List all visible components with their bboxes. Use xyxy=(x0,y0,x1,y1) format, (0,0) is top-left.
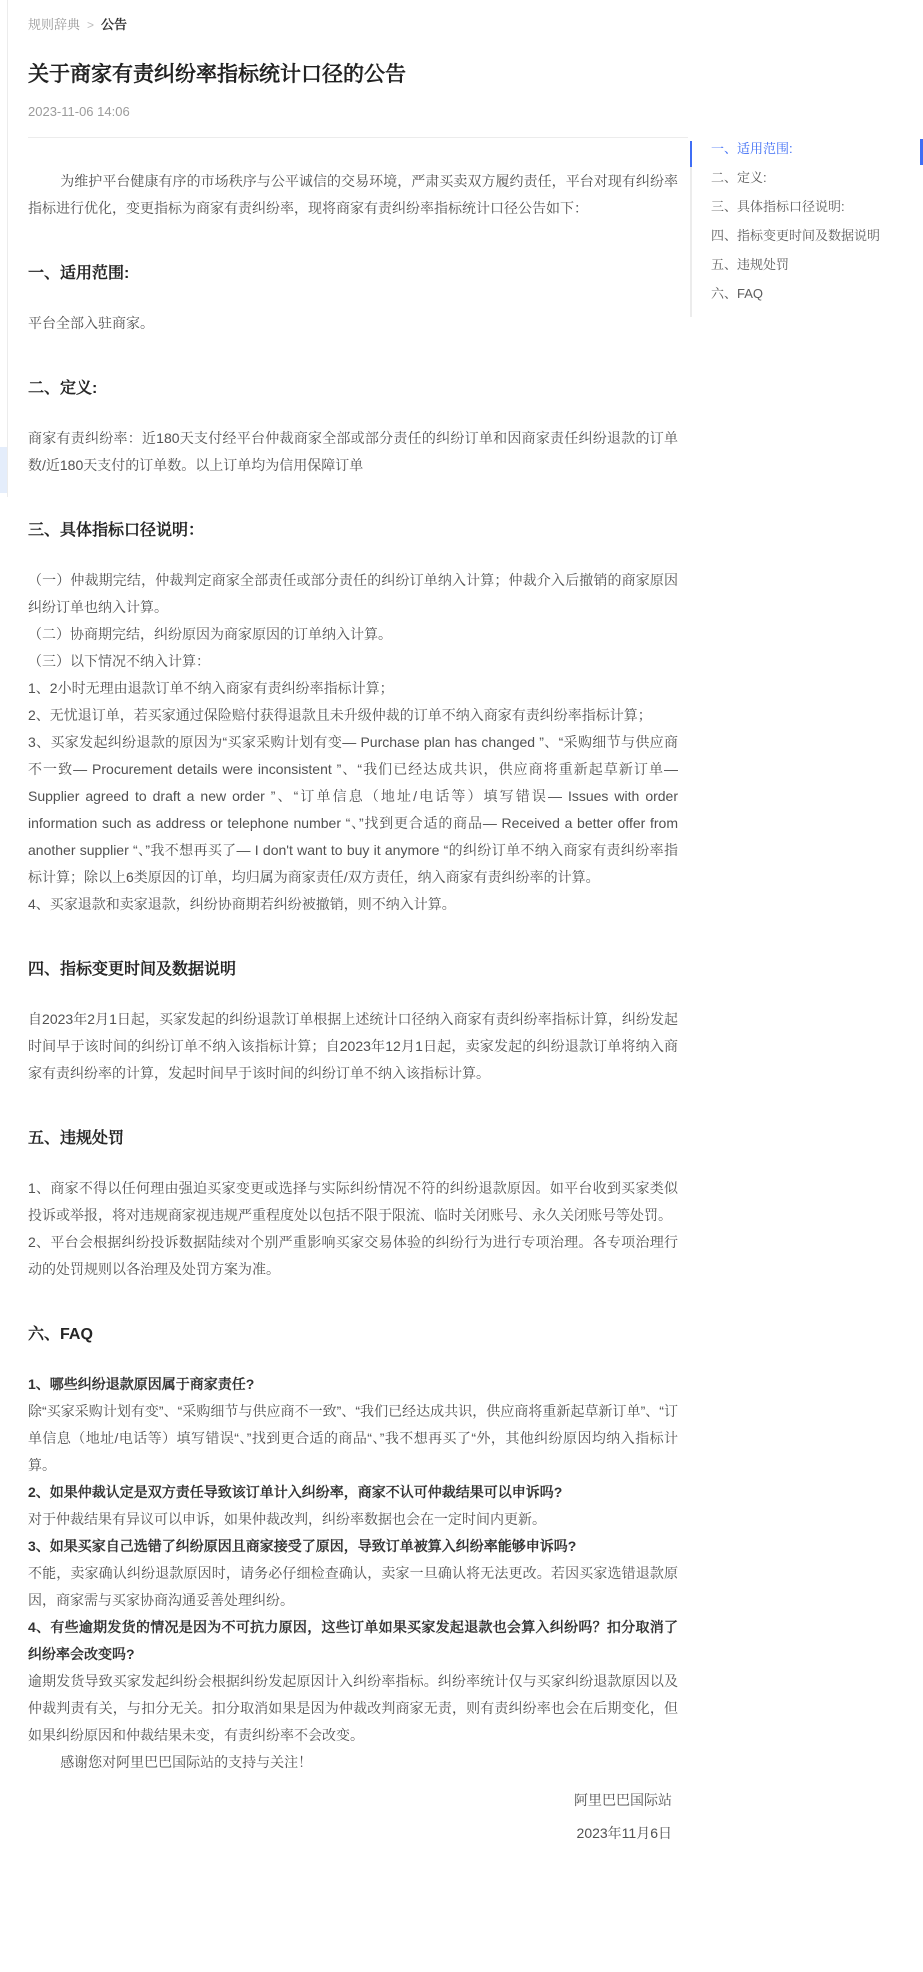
faq-question: 1、哪些纠纷退款原因属于商家责任? xyxy=(28,1371,678,1398)
faq-question: 2、如果仲裁认定是双方责任导致该订单计入纠纷率，商家不认可仲裁结果可以申诉吗? xyxy=(28,1479,678,1506)
section-heading-faq: 六、FAQ xyxy=(28,1323,678,1347)
faq-answer: 对于仲裁结果有异议可以申诉，如果仲裁改判，纠纷率数据也会在一定时间内更新。 xyxy=(28,1506,678,1533)
breadcrumb-rules-dictionary[interactable]: 规则辞典 xyxy=(28,17,80,32)
section-paragraph: 1、2小时无理由退款订单不纳入商家有责纠纷率指标计算； xyxy=(28,675,678,702)
section-heading-definition: 二、定义: xyxy=(28,377,678,401)
announcement-page: 规则辞典>公告 关于商家有责纠纷率指标统计口径的公告 2023-11-06 14… xyxy=(0,0,923,1972)
toc-item-change-time[interactable]: 四、指标变更时间及数据说明 xyxy=(690,227,916,244)
section-heading-scope: 一、适用范围: xyxy=(28,262,678,286)
toc-item-definition[interactable]: 二、定义: xyxy=(690,169,916,186)
section-heading-indicator-caliber: 三、具体指标口径说明： xyxy=(28,519,678,543)
page-title: 关于商家有责纠纷率指标统计口径的公告 xyxy=(28,61,923,89)
breadcrumb: 规则辞典>公告 xyxy=(0,0,923,34)
signature-org: 阿里巴巴国际站 xyxy=(28,1784,672,1817)
left-panel-edge xyxy=(7,0,8,497)
faq-answer: 不能，卖家确认纠纷退款原因时，请务必仔细检查确认，卖家一旦确认将无法更改。若因买… xyxy=(28,1560,678,1614)
publish-date: 2023-11-06 14:06 xyxy=(28,104,923,119)
article-body: 为维护平台健康有序的市场秩序与公平诚信的交易环境，严肃买卖双方履约责任，平台对现… xyxy=(28,138,678,1870)
breadcrumb-separator-icon: > xyxy=(87,18,94,32)
section-paragraph: 2、平台会根据纠纷投诉数据陆续对个别严重影响买家交易体验的纠纷行为进行专项治理。… xyxy=(28,1229,678,1283)
signature-block: 阿里巴巴国际站 2023年11月6日 xyxy=(28,1784,678,1850)
intro-paragraph: 为维护平台健康有序的市场秩序与公平诚信的交易环境，严肃买卖双方履约责任，平台对现… xyxy=(28,168,678,222)
faq-question: 4、有些逾期发货的情况是因为不可抗力原因，这些订单如果买家发起退款也会算入纠纷吗… xyxy=(28,1614,678,1668)
left-panel-fragment xyxy=(0,447,7,493)
breadcrumb-announcement: 公告 xyxy=(101,17,127,32)
section-paragraph: （一）仲裁期完结，仲裁判定商家全部责任或部分责任的纠纷订单纳入计算；仲裁介入后撤… xyxy=(28,567,678,621)
section-paragraph: 3、买家发起纠纷退款的原因为“买家采购计划有变— Purchase plan h… xyxy=(28,729,678,891)
faq-answer: 除“买家采购计划有变”、“采购细节与供应商不一致”、“我们已经达成共识，供应商将… xyxy=(28,1398,678,1479)
section-paragraph: （三）以下情况不纳入计算： xyxy=(28,648,678,675)
toc: 一、适用范围: 二、定义: 三、具体指标口径说明: 四、指标变更时间及数据说明 … xyxy=(690,140,916,314)
toc-rail xyxy=(690,141,692,317)
section-paragraph: 自2023年2月1日起，买家发起的纠纷退款订单根据上述统计口径纳入商家有责纠纷率… xyxy=(28,1006,678,1087)
toc-item-indicator-caliber[interactable]: 三、具体指标口径说明: xyxy=(690,198,916,215)
section-heading-violation-penalty: 五、违规处罚 xyxy=(28,1127,678,1151)
section-paragraph: 4、买家退款和卖家退款，纠纷协商期若纠纷被撤销，则不纳入计算。 xyxy=(28,891,678,918)
toc-active-indicator xyxy=(690,141,692,167)
toc-item-scope[interactable]: 一、适用范围: xyxy=(690,140,916,157)
section-paragraph: 商家有责纠纷率：近180天支付经平台仲裁商家全部或部分责任的纠纷订单和因商家责任… xyxy=(28,425,678,479)
signature-date: 2023年11月6日 xyxy=(28,1817,672,1850)
toc-item-violation-penalty[interactable]: 五、违规处罚 xyxy=(690,256,916,273)
closing-line: 感谢您对阿里巴巴国际站的支持与关注！ xyxy=(28,1749,678,1776)
faq-question: 3、如果买家自己选错了纠纷原因且商家接受了原因，导致订单被算入纠纷率能够申诉吗? xyxy=(28,1533,678,1560)
section-paragraph: （二）协商期完结，纠纷原因为商家原因的订单纳入计算。 xyxy=(28,621,678,648)
section-paragraph: 平台全部入驻商家。 xyxy=(28,310,678,337)
section-paragraph: 2、无忧退订单，若买家通过保险赔付获得退款且未升级仲裁的订单不纳入商家有责纠纷率… xyxy=(28,702,678,729)
toc-item-faq[interactable]: 六、FAQ xyxy=(690,285,916,302)
section-heading-change-time: 四、指标变更时间及数据说明 xyxy=(28,958,678,982)
faq-answer: 逾期发货导致买家发起纠纷会根据纠纷发起原因计入纠纷率指标。纠纷率统计仅与买家纠纷… xyxy=(28,1668,678,1749)
section-paragraph: 1、商家不得以任何理由强迫买家变更或选择与实际纠纷情况不符的纠纷退款原因。如平台… xyxy=(28,1175,678,1229)
